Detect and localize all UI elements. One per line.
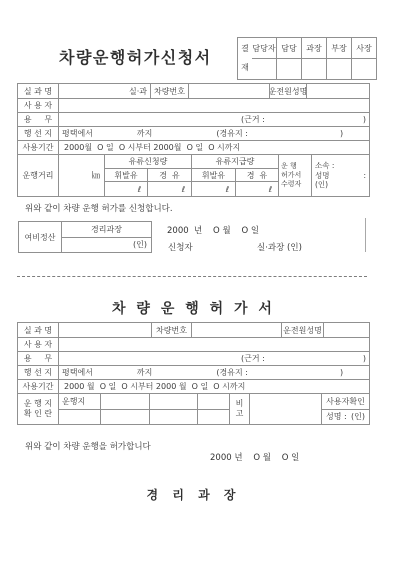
form2-destination-label: 행 선 지	[18, 366, 58, 379]
route-cell	[100, 394, 149, 409]
form1-purpose-basis: (근거 :	[241, 114, 265, 125]
form2-purpose-close: )	[363, 354, 366, 363]
receiver-identity-cell: 소속 : 성명 : (인)	[311, 155, 369, 196]
receiver-seal-label: (인)	[315, 180, 366, 189]
approval-stamp-label: 결 재	[238, 38, 252, 79]
user-confirm-seal-label: (인)	[351, 411, 365, 422]
form1-destination-field: 평택에서 까지 (경유지 : )	[58, 127, 369, 140]
form1-destination-to: 까지	[137, 128, 152, 139]
fuel-request-header: 유류신청량	[105, 155, 191, 168]
approval-col-sajang: 사장	[351, 38, 376, 58]
document-page: 차량운행허가신청서 결 재 담당자 담당 과장 부장 사장	[0, 0, 400, 566]
form1-driver-field	[306, 84, 369, 98]
form1-period-label: 사용기간	[18, 141, 58, 154]
fuel-supply-header: 유류지급량	[192, 155, 278, 168]
route-confirm-label-line2: 확 인 란	[24, 409, 52, 419]
approval-stamp-char-2: 재	[241, 63, 249, 73]
approval-sign-cell	[276, 59, 301, 79]
form2-vehicle-no-field	[191, 323, 281, 337]
form1-dept-value: 실·과	[58, 84, 150, 98]
stray-border-line	[365, 218, 366, 252]
approval-sign-cell	[301, 59, 326, 79]
form2-driver-label: 운전원성명	[281, 323, 323, 337]
form1-title: 차량운행허가신청서	[59, 45, 212, 68]
route-cell	[149, 394, 197, 409]
form1-vehicle-no-field	[188, 84, 269, 98]
route-confirm-block: 운 행 지 확 인 란 운행지 비 고	[18, 393, 369, 424]
permit-receiver-line3: 수령자	[281, 180, 301, 189]
form2-vehicle-no-label: 차량번호	[151, 323, 191, 337]
approval-sign-cell	[351, 59, 376, 79]
approval-col-damdangja: 담당자	[252, 38, 276, 58]
form1-distance-label: 운행거리	[18, 155, 58, 196]
form1-user-label: 사 용 자	[18, 99, 58, 112]
form2-statement: 위와 같이 차량 운행을 허가합니다	[25, 440, 151, 452]
form2-signer: 경 리 과 장	[17, 486, 370, 503]
fuel-request-diesel-label: 경 유	[147, 169, 191, 181]
form1-main-table: 실 과 명 실·과 차량번호 운전원성명 사 용 자 용 무 (근거 : ) 행…	[17, 83, 370, 197]
approval-col-gwajang: 과장	[301, 38, 326, 58]
form1-destination-close: )	[340, 129, 343, 138]
route-remark-char1: 비	[236, 399, 244, 409]
form1-purpose-label: 용 무	[18, 113, 58, 126]
form1-destination-label: 행 선 지	[18, 127, 58, 140]
form1-dept-label: 실 과 명	[18, 84, 58, 98]
expense-seal-label: (인)	[62, 237, 151, 253]
route-cell	[149, 410, 197, 425]
form2-purpose-field: (근거 : )	[58, 352, 369, 365]
route-confirm-label-line1: 운 행 지	[24, 399, 52, 409]
form1-period-value: 2000월 O 일 O 시부터 2000월 O 일 O 시까지	[58, 141, 369, 154]
fuel-request-diesel-liter: ℓ	[147, 182, 191, 196]
form1-destination-via: (경유지 :	[216, 128, 248, 139]
form2-dept-field	[58, 323, 151, 337]
approval-col-bujang: 부장	[326, 38, 351, 58]
form1-applicant-sign: 실·과장 (인)	[257, 241, 302, 253]
form2-destination-field: 평택에서 까지 (경유지 : )	[58, 366, 369, 379]
route-confirm-label: 운 행 지 확 인 란	[18, 394, 58, 424]
user-confirm-header: 사용자확인	[322, 394, 369, 409]
form2-destination-close: )	[340, 368, 343, 377]
permit-receiver-line2: 허가서	[281, 171, 301, 180]
expense-table: 여비정산 경리과장 (인)	[18, 221, 152, 253]
approval-col-damdang: 담당	[276, 38, 301, 58]
expense-label: 여비정산	[19, 222, 61, 252]
approval-stamp-char-1: 결	[241, 44, 249, 54]
form2-user-field	[58, 338, 369, 351]
form1-distance-unit: ㎞	[58, 155, 104, 196]
form2-purpose-basis: (근거 :	[241, 353, 265, 364]
form2-period-value: 2000 월 O 일 O 시부터 2000 월 O 일 O 시까지	[58, 380, 369, 393]
receiver-affiliation-label: 소속 :	[315, 161, 366, 170]
permit-receiver-label: 운 행 허가서 수령자	[278, 155, 311, 196]
fuel-supply-diesel-label: 경 유	[235, 169, 278, 181]
fuel-request-gasoline-label: 휘발유	[105, 169, 147, 181]
fuel-supply-gasoline-liter: ℓ	[192, 182, 235, 196]
form1-driver-label: 운전원성명	[269, 84, 306, 98]
form1-user-field	[58, 99, 369, 112]
form2-dept-label: 실 과 명	[18, 323, 58, 337]
permit-receiver-line1: 운 행	[281, 162, 297, 171]
route-remark-char2: 고	[236, 409, 244, 419]
fuel-supply-diesel-liter: ℓ	[235, 182, 278, 196]
form2-user-label: 사 용 자	[18, 338, 58, 351]
cut-divider-line	[17, 276, 367, 277]
approval-sign-cell	[326, 59, 351, 79]
form1-destination-from: 평택에서	[62, 128, 93, 139]
route-cell	[197, 394, 229, 409]
approval-sign-cell	[252, 59, 276, 79]
route-cell	[197, 410, 229, 425]
expense-manager-label: 경리과장	[62, 222, 151, 237]
route-cell	[100, 410, 149, 425]
route-remark-field	[249, 394, 321, 424]
user-confirm-name-label: 성명 :	[326, 411, 347, 422]
form2-main-table: 실 과 명 차량번호 운전원성명 사 용 자 용 무 (근거 : ) 행 선 지…	[17, 322, 370, 425]
route-cell	[59, 410, 100, 425]
form1-vehicle-no-label: 차량번호	[150, 84, 188, 98]
route-dest-header: 운행지	[59, 394, 100, 409]
form1-statement: 위와 같이 차량 운행 허가를 신청합니다.	[25, 202, 173, 214]
form1-fuel-block: 운행거리 ㎞ 유류신청량 휘발유 경 유 ℓ ℓ 유류지급량	[18, 154, 369, 196]
form1-applicant-label: 신청자	[168, 241, 193, 253]
fuel-supply-gasoline-label: 휘발유	[192, 169, 235, 181]
form2-date: 2000 년 O 월 O 일	[210, 451, 299, 463]
form2-period-label: 사용기간	[18, 380, 58, 393]
form1-purpose-close: )	[363, 115, 366, 124]
approval-stamp-table: 결 재 담당자 담당 과장 부장 사장	[237, 37, 377, 80]
receiver-name-colon: :	[363, 171, 366, 180]
form2-destination-to: 까지	[137, 367, 152, 378]
form2-driver-field	[323, 323, 369, 337]
route-remark-label: 비 고	[229, 394, 249, 424]
form1-date: 2000 년 O 월 O 일	[167, 224, 259, 236]
form2-title: 차 량 운 행 허 가 서	[17, 298, 370, 318]
receiver-name-label: 성명	[315, 171, 330, 180]
fuel-request-gasoline-liter: ℓ	[105, 182, 147, 196]
form2-destination-via: (경유지 :	[216, 367, 248, 378]
form1-purpose-field: (근거 : )	[58, 113, 369, 126]
form2-purpose-label: 용 무	[18, 352, 58, 365]
form2-destination-from: 평택에서	[62, 367, 93, 378]
